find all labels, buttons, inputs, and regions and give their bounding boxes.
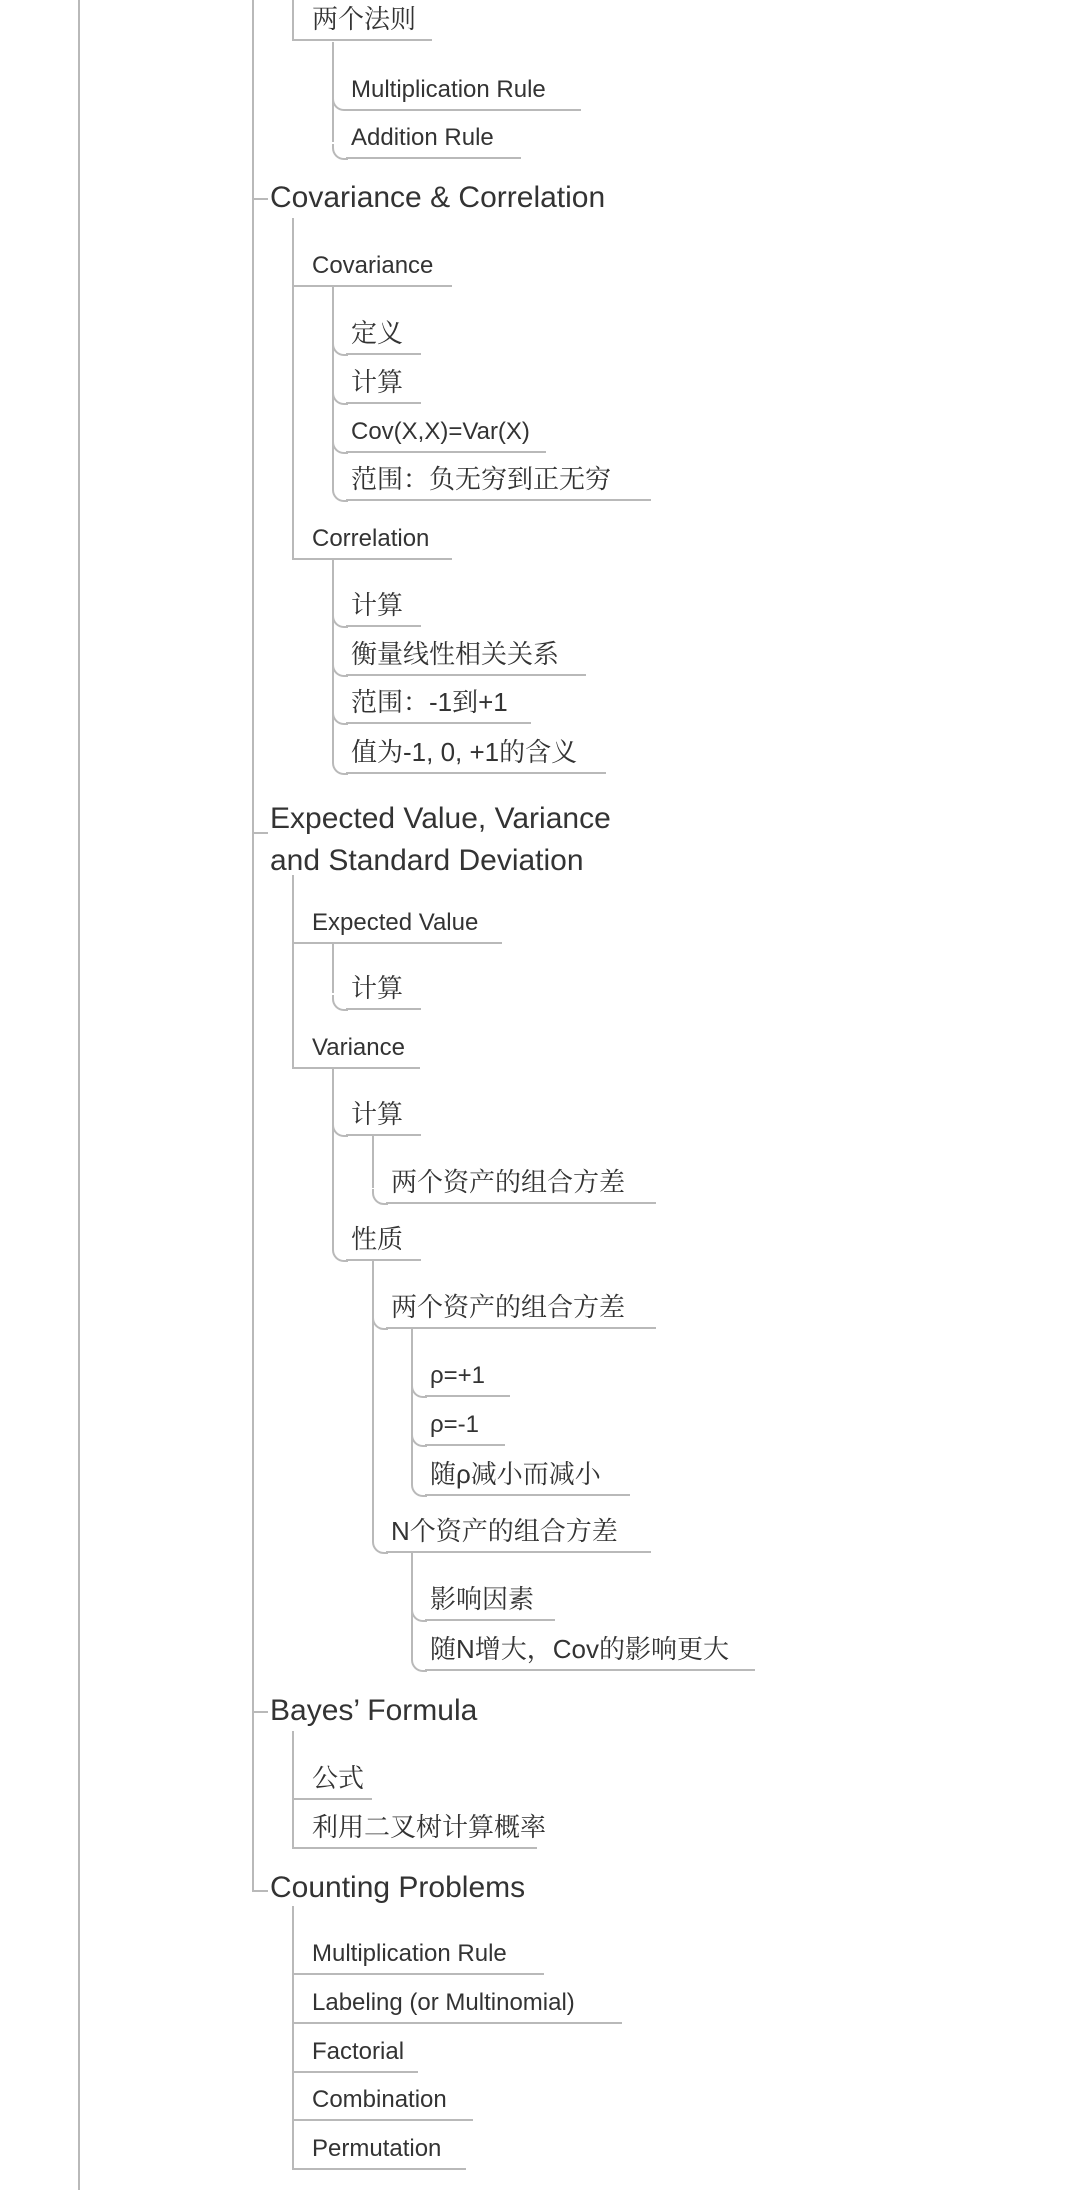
node-label: 两个资产的组合方差 (391, 1292, 625, 1322)
branch-line (411, 1553, 413, 1657)
node-label: Cov(X,X)=Var(X) (351, 418, 530, 445)
node-props-n-asset[interactable]: N个资产的组合方差 (386, 1518, 651, 1553)
node-covariance-correlation[interactable]: Covariance & Correlation (270, 183, 605, 213)
node-label: 值为-1, 0, +1的含义 (351, 737, 577, 767)
node-corr-calc[interactable]: 计算 (346, 592, 421, 627)
node-label: 两个资产的组合方差 (391, 1167, 625, 1197)
node-label: 定义 (351, 318, 403, 348)
main-branch-line (252, 0, 254, 1890)
node-label: 公式 (312, 1763, 364, 1793)
node-var-props[interactable]: 性质 (346, 1226, 421, 1261)
node-label: 范围：负无穷到正无穷 (351, 464, 611, 494)
branch-tick (252, 832, 268, 834)
node-variance[interactable]: Variance (292, 1036, 420, 1069)
node-addition-rule[interactable]: Addition Rule (346, 126, 521, 159)
node-bayes-binary-tree[interactable]: 利用二叉树计算概率 (292, 1814, 537, 1849)
node-label-line1: Expected Value, Variance (270, 798, 611, 840)
node-counting-permutation[interactable]: Permutation (292, 2137, 466, 2170)
node-label: Permutation (312, 2135, 441, 2162)
node-label: Variance (312, 1034, 405, 1061)
node-label: 随ρ减小而减小 (430, 1459, 601, 1489)
node-var-calc[interactable]: 计算 (346, 1101, 421, 1136)
connector-curve (252, 1876, 268, 1892)
branch-tick (252, 1711, 268, 1713)
node-multiplication-rule[interactable]: Multiplication Rule (346, 78, 581, 111)
node-cov-definition[interactable]: 定义 (346, 320, 421, 355)
node-label: Correlation (312, 525, 429, 552)
node-counting-factorial[interactable]: Factorial (292, 2040, 418, 2073)
branch-line (332, 1068, 334, 1246)
branch-line (372, 1261, 374, 1539)
node-label: 利用二叉树计算概率 (312, 1812, 546, 1842)
node-bayes-formula-item[interactable]: 公式 (292, 1765, 372, 1800)
node-cov-calc[interactable]: 计算 (346, 369, 421, 404)
node-label: N个资产的组合方差 (391, 1516, 618, 1546)
node-counting-multiplication[interactable]: Multiplication Rule (292, 1942, 544, 1975)
node-label: 计算 (351, 367, 403, 397)
node-label: Labeling (or Multinomial) (312, 1989, 575, 2016)
node-cov-range[interactable]: 范围：负无穷到正无穷 (346, 466, 651, 501)
node-label: 影响因素 (430, 1584, 534, 1614)
node-expected-value[interactable]: Expected Value (292, 911, 502, 944)
node-label: ρ=+1 (430, 1362, 485, 1389)
node-label: Combination (312, 2086, 447, 2113)
node-label: Covariance (312, 252, 433, 279)
branch-line (332, 943, 334, 993)
node-two-rules[interactable]: 两个法则 (292, 6, 432, 41)
node-label: Counting Problems (270, 1871, 525, 1904)
node-label: 衡量线性相关关系 (351, 639, 559, 669)
node-label: 两个法则 (312, 4, 416, 34)
node-cov-var[interactable]: Cov(X,X)=Var(X) (346, 420, 546, 453)
node-label: 性质 (351, 1224, 403, 1254)
root-connector-line (78, 0, 80, 2190)
branch-line (332, 42, 334, 142)
node-corr-meaning[interactable]: 值为-1, 0, +1的含义 (346, 739, 606, 774)
node-correlation[interactable]: Correlation (292, 527, 452, 560)
node-n-asset-cov-effect[interactable]: 随N增大，Cov的影响更大 (425, 1636, 755, 1671)
node-corr-range[interactable]: 范围：-1到+1 (346, 689, 531, 724)
branch-line (411, 1329, 413, 1481)
node-label: 随N增大，Cov的影响更大 (430, 1634, 729, 1664)
node-corr-linear[interactable]: 衡量线性相关关系 (346, 641, 586, 676)
branch-line (372, 1136, 374, 1188)
node-counting-combination[interactable]: Combination (292, 2088, 473, 2121)
node-label: ρ=-1 (430, 1411, 479, 1438)
node-expected-value-variance[interactable]: Expected Value, Variance and Standard De… (270, 798, 611, 882)
node-label: Multiplication Rule (312, 1940, 507, 1967)
node-rho-decrease[interactable]: 随ρ减小而减小 (425, 1461, 630, 1496)
node-bayes-formula[interactable]: Bayes’ Formula (270, 1696, 477, 1726)
node-counting-labeling[interactable]: Labeling (or Multinomial) (292, 1991, 622, 2024)
node-counting-problems[interactable]: Counting Problems (270, 1873, 525, 1903)
node-label: Expected Value (312, 909, 478, 936)
node-label: 计算 (351, 1099, 403, 1129)
node-label: Bayes’ Formula (270, 1694, 477, 1727)
node-n-asset-factors[interactable]: 影响因素 (425, 1586, 555, 1621)
branch-line (332, 559, 334, 759)
node-ev-calc[interactable]: 计算 (346, 975, 421, 1010)
node-rho-minus-one[interactable]: ρ=-1 (425, 1413, 505, 1446)
node-label: 范围：-1到+1 (351, 687, 508, 717)
node-rho-plus-one[interactable]: ρ=+1 (425, 1364, 510, 1397)
node-covariance[interactable]: Covariance (292, 254, 452, 287)
node-label: Factorial (312, 2038, 404, 2065)
node-var-calc-two-asset[interactable]: 两个资产的组合方差 (386, 1169, 656, 1204)
branch-line (332, 286, 334, 486)
node-props-two-asset[interactable]: 两个资产的组合方差 (386, 1294, 656, 1329)
node-label: Addition Rule (351, 124, 494, 151)
node-label-line2: and Standard Deviation (270, 840, 611, 882)
node-label: 计算 (351, 973, 403, 1003)
branch-tick (252, 198, 268, 200)
node-label: Multiplication Rule (351, 76, 546, 103)
node-label: 计算 (351, 590, 403, 620)
node-label: Covariance & Correlation (270, 181, 605, 214)
